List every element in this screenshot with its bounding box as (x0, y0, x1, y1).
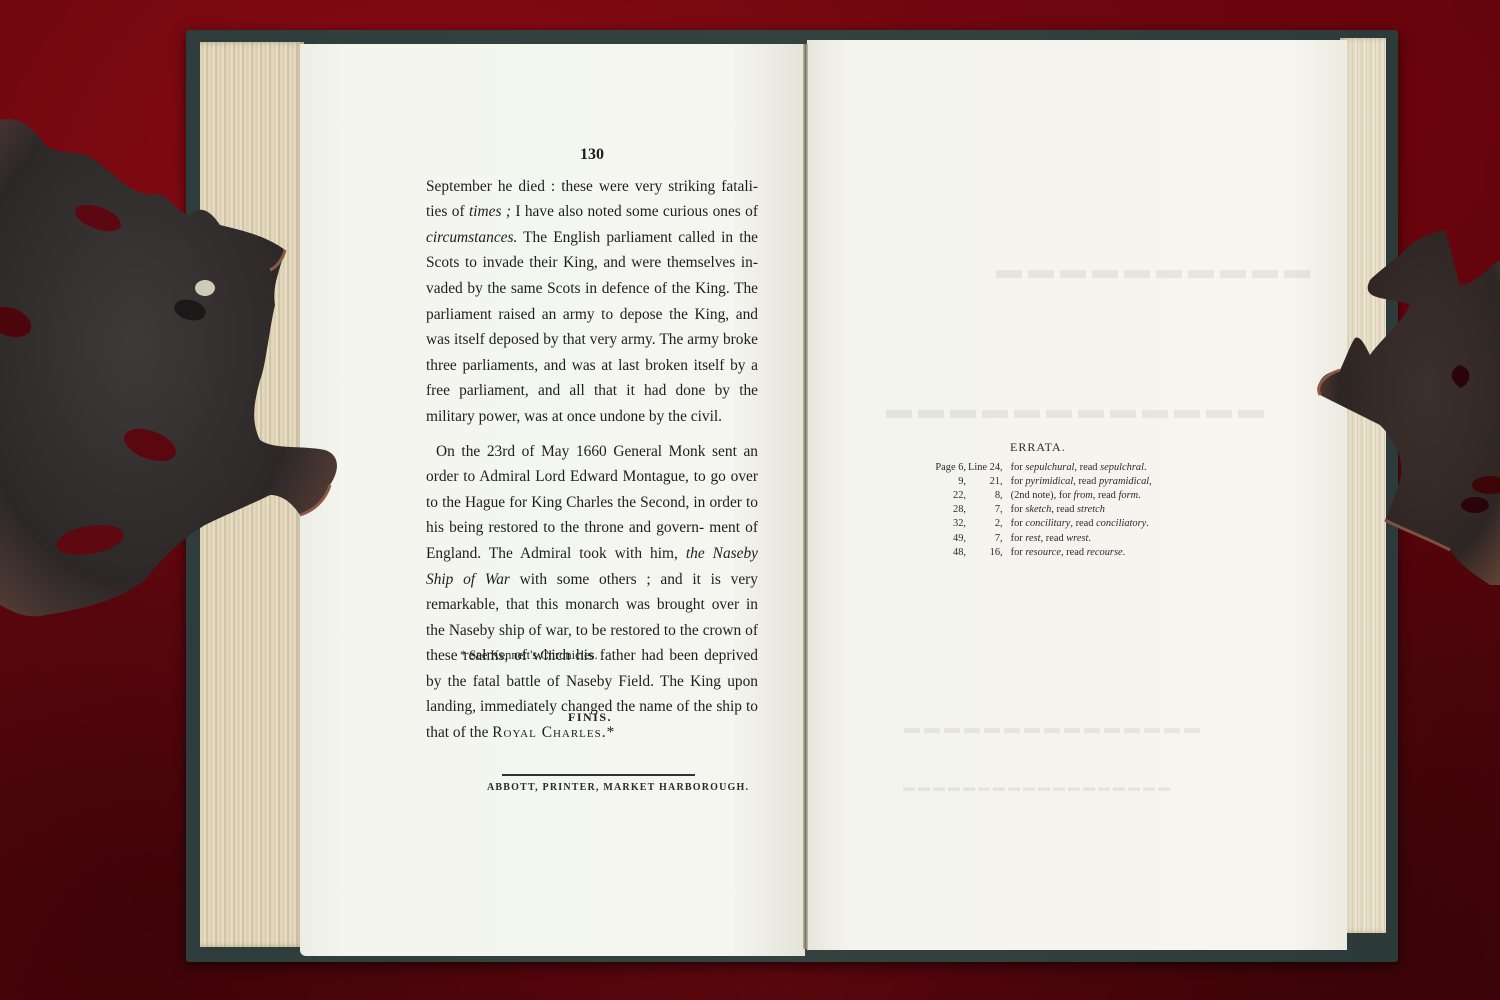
errata-wrong-word: sketch (1025, 504, 1051, 515)
text-run: . (1146, 518, 1149, 529)
errata-row: 32,2,for concilitary, read conciliatory. (908, 517, 1152, 531)
errata-wrong-word: from (1074, 490, 1093, 501)
text-run: , read (1093, 490, 1119, 501)
paragraph-1: September he died : these were very stri… (426, 174, 758, 430)
errata-page: 49, (908, 531, 968, 545)
errata-correction: for resource, read recourse. (1003, 545, 1152, 559)
errata-title: ERRATA. (1010, 440, 1066, 455)
errata-page: 22, (908, 488, 968, 502)
errata-correct-word: pyramidical (1099, 476, 1149, 487)
text-run: (2nd note), for (1011, 490, 1074, 501)
errata-row: 49,7,for rest, read wrest. (908, 531, 1152, 545)
errata-correct-word: wrest (1066, 533, 1088, 544)
text-run: for (1011, 504, 1026, 515)
errata-correction: for sketch, read stretch (1003, 503, 1152, 517)
text-run: , read (1041, 533, 1067, 544)
text-run: for (1011, 518, 1026, 529)
text-run: for (1011, 547, 1026, 558)
text-run: for (1011, 462, 1026, 473)
errata-line: Line 24, (968, 460, 1003, 474)
errata-line: 21, (968, 474, 1003, 488)
errata-line: 7, (968, 503, 1003, 517)
text-run: , read (1070, 518, 1096, 529)
errata-correction: for sepulchural, read sepulchral. (1003, 460, 1152, 474)
errata-page: 9, (908, 474, 968, 488)
errata-correct-word: conciliatory (1096, 518, 1146, 529)
errata-page: 48, (908, 545, 968, 559)
printer-imprint: ABBOTT, PRINTER, MARKET HARBOROUGH. (487, 782, 749, 793)
errata-page: 28, (908, 503, 968, 517)
text-run: I have also noted some curious ones of (511, 203, 758, 220)
italic-run: times ; (469, 203, 511, 220)
errata-correction: for concilitary, read conciliatory. (1003, 517, 1152, 531)
text-run: , read (1061, 547, 1087, 558)
errata-line: 7, (968, 531, 1003, 545)
text-run: for (1011, 533, 1026, 544)
errata-correction: for pyrimidical, read pyramidical, (1003, 474, 1152, 488)
text-run: The English parliament called in the Sco… (426, 229, 758, 425)
errata-row: 9,21,for pyrimidical, read pyramidical, (908, 474, 1152, 488)
printer-rule-divider (502, 774, 695, 776)
errata-correct-word: stretch (1077, 504, 1105, 515)
errata-line: 16, (968, 545, 1003, 559)
errata-row: 28,7,for sketch, read stretch (908, 503, 1152, 517)
errata-correct-word: sepulchral (1100, 462, 1144, 473)
book-gutter (803, 44, 808, 949)
text-run: , read (1073, 476, 1099, 487)
page-number: 130 (426, 142, 758, 168)
errata-page: Page 6, (908, 460, 968, 474)
errata-correction: for rest, read wrest. (1003, 531, 1152, 545)
text-run: . (1088, 533, 1091, 544)
footnote: * See Kennett's Chronicles. (460, 648, 598, 663)
errata-row: 48,16,for resource, read recourse. (908, 545, 1152, 559)
text-run: , read (1051, 504, 1077, 515)
errata-wrong-word: rest (1025, 533, 1040, 544)
text-run: , read (1074, 462, 1100, 473)
errata-correct-word: recourse (1087, 547, 1123, 558)
paragraph-2: On the 23rd of May 1660 General Monk sen… (426, 439, 758, 746)
text-run: for (1011, 476, 1026, 487)
errata-wrong-word: sepulchural (1025, 462, 1074, 473)
errata-table: Page 6,Line 24,for sepulchural, read sep… (908, 460, 1152, 559)
errata-wrong-word: resource (1025, 547, 1061, 558)
book-weight-left (0, 110, 345, 630)
book-weight-right (1300, 220, 1500, 620)
text-run: . (1123, 547, 1126, 558)
finis-heading: FINIS. (568, 710, 612, 725)
text-run: , (1149, 476, 1152, 487)
errata-wrong-word: pyrimidical (1025, 476, 1073, 487)
errata-line: 8, (968, 488, 1003, 502)
footnote-marker: * (607, 724, 615, 741)
errata-wrong-word: concilitary (1025, 518, 1070, 529)
italic-run: circumstances. (426, 229, 517, 246)
errata-row: 22,8,(2nd note), for from, read form. (908, 488, 1152, 502)
errata-correction: (2nd note), for from, read form. (1003, 488, 1152, 502)
small-caps-run: Royal Charles. (492, 724, 606, 741)
text-run: . (1138, 490, 1141, 501)
errata-page: 32, (908, 517, 968, 531)
errata-row: Page 6,Line 24,for sepulchural, read sep… (908, 460, 1152, 474)
text-run: . (1144, 462, 1147, 473)
errata-line: 2, (968, 517, 1003, 531)
errata-correct-word: form (1118, 490, 1138, 501)
